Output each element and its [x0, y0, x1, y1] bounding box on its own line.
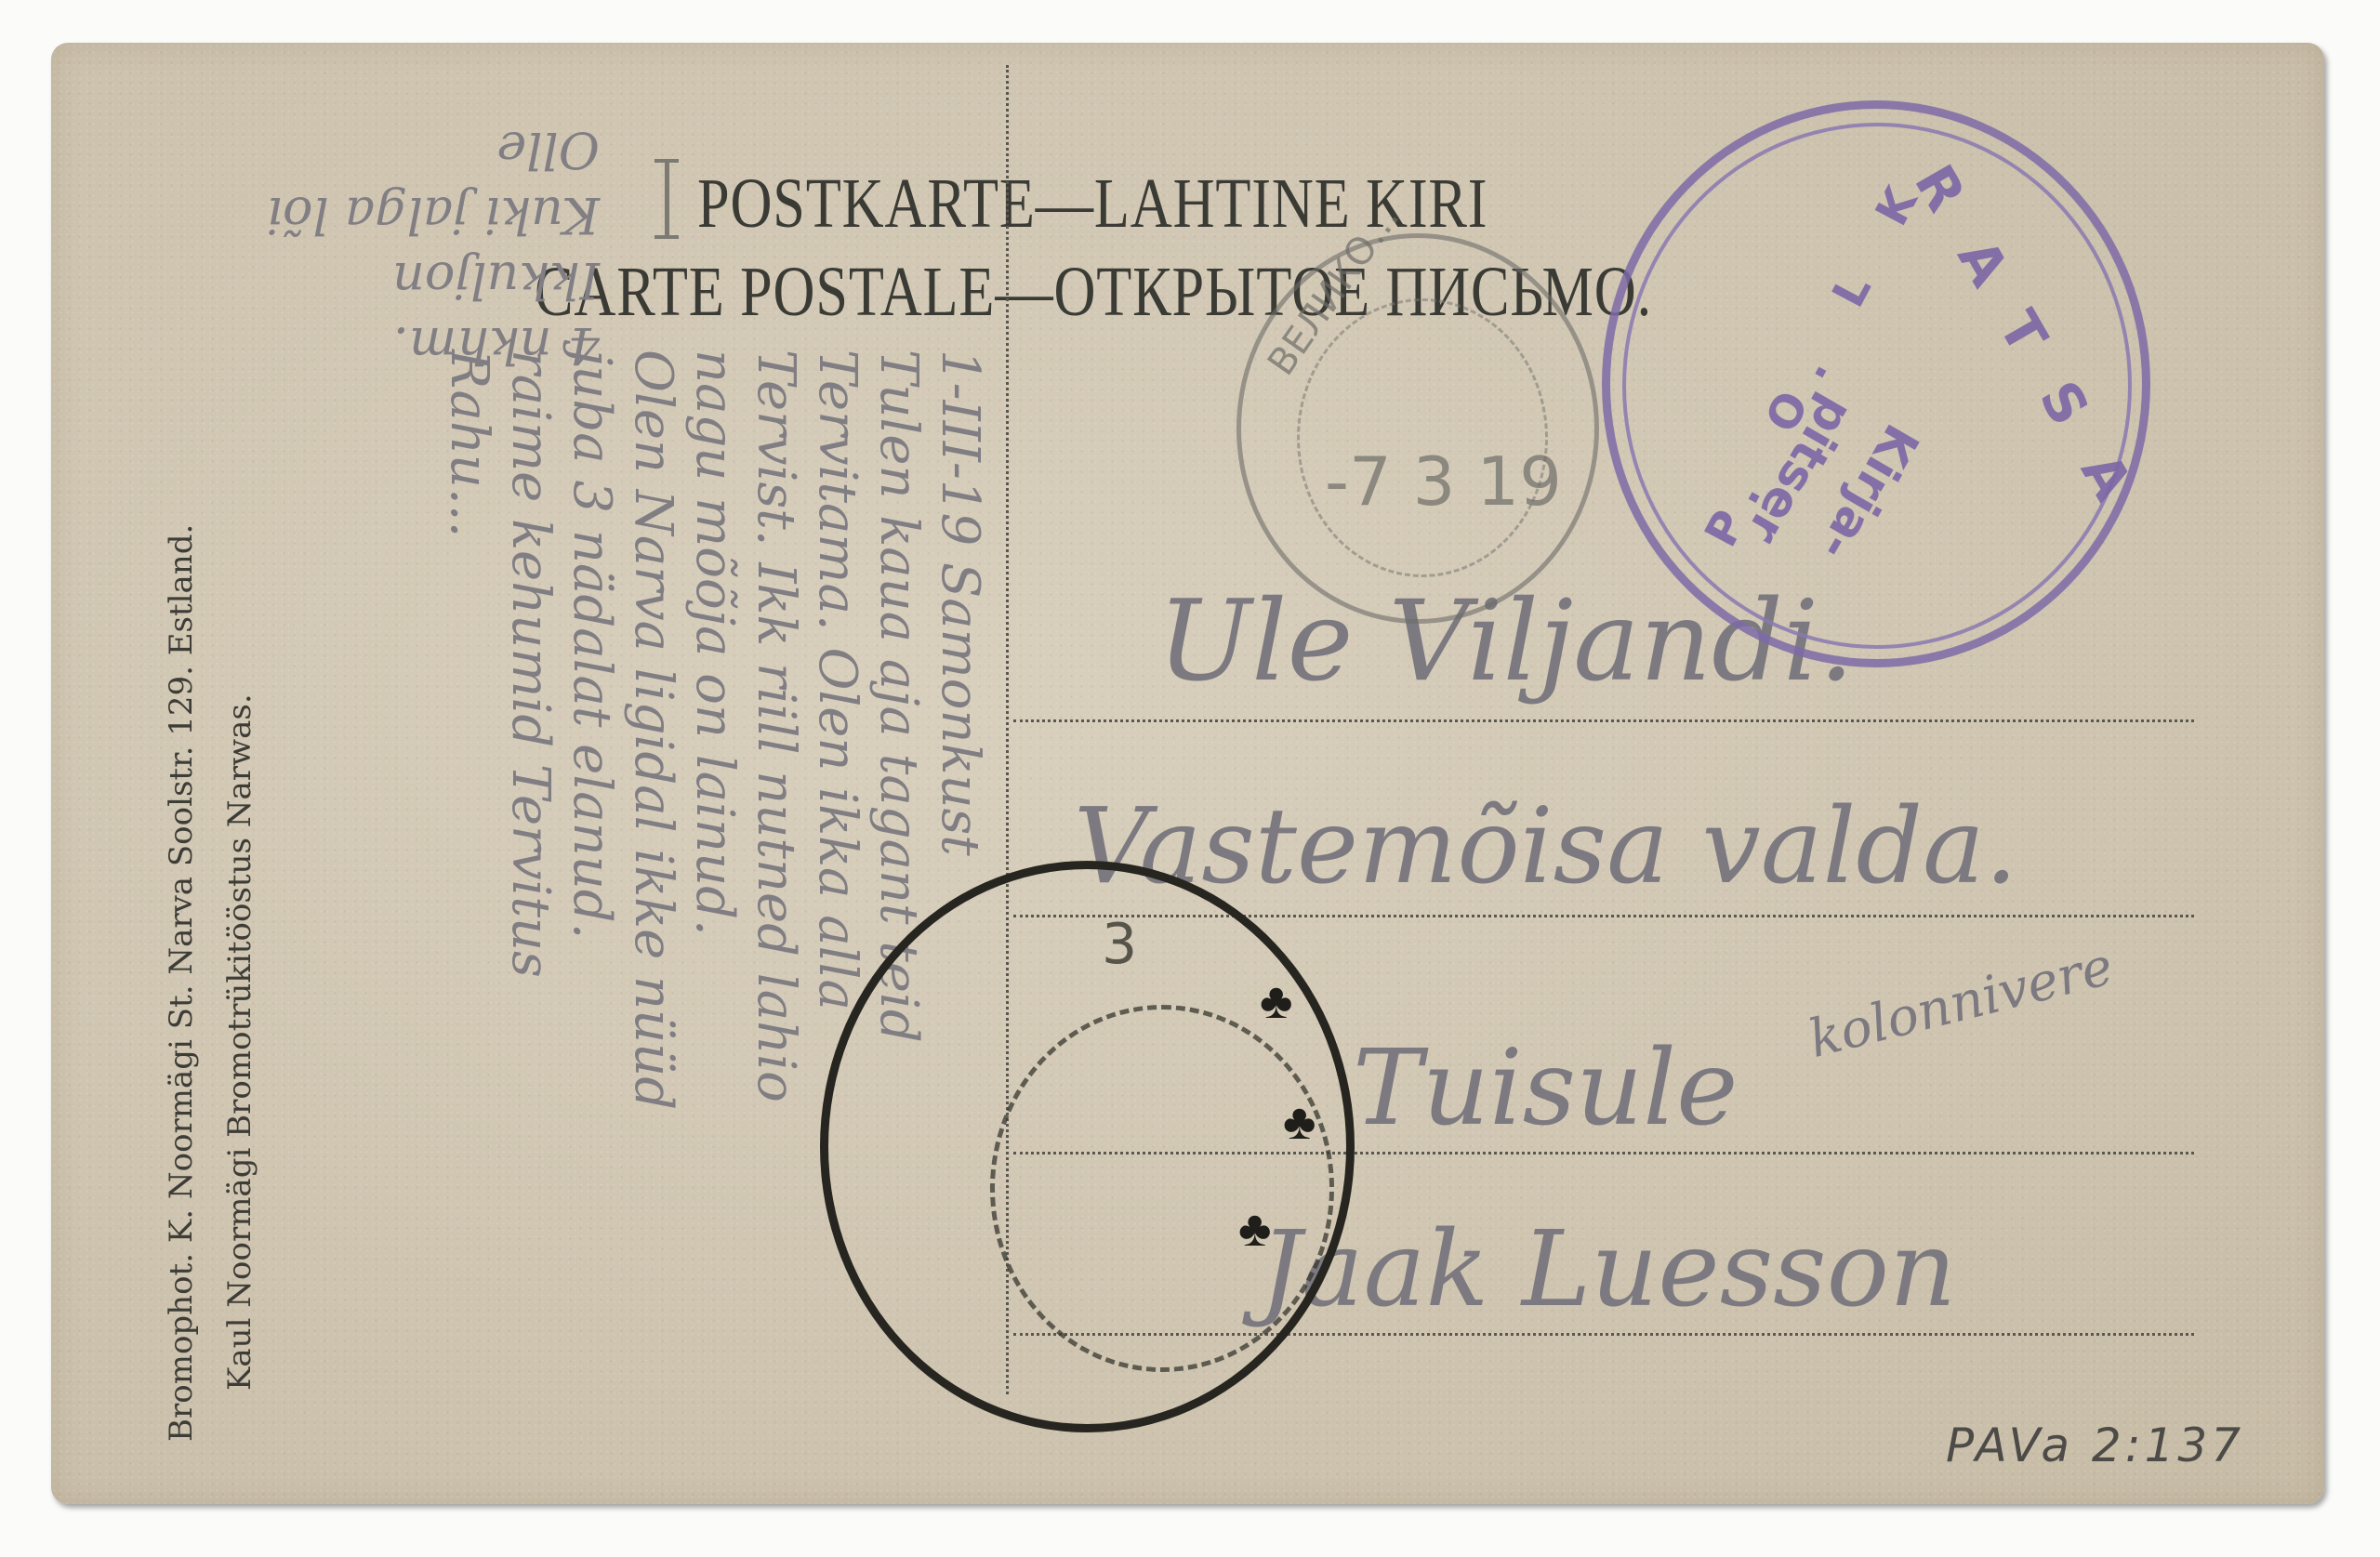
message-line: nagu mõõja on lainud. [683, 350, 745, 1110]
black-postmark-inner-ring [990, 1005, 1334, 1372]
publisher-line-2: Kaul Noormägi Bromotrükitööstus Narwas. [221, 693, 258, 1391]
message-line: juba 3 nädalat elanud. [561, 350, 622, 1110]
address-line-3: Tuisule [1353, 1028, 1738, 1149]
message-line: Rahu... [438, 350, 499, 1110]
black-postmark-date: 3 [1102, 912, 1137, 977]
grey-postmark-inner-ring [1297, 298, 1548, 577]
address-line-2: Vastemõisa valda. [1074, 786, 2017, 907]
note-line: Kuki jalga lõi [267, 182, 600, 247]
address-line-4: Jaak Luesson [1260, 1209, 1956, 1330]
address-rule-1 [1013, 719, 2194, 722]
message-line: raime kehumid Tervitus [499, 350, 561, 1110]
clover-ornament-icon: ♣ [1260, 972, 1292, 1030]
message-line: Tervist. Ikk riill nutned lahio [745, 350, 806, 1110]
message-line: Olen Narva ligidal ikke nüüd [622, 350, 683, 1110]
note-line: 4 nkhm. [267, 312, 600, 377]
address-annotation: kolonnivere [1803, 936, 2119, 1070]
catalog-number: PAVa 2:137 [1946, 1418, 2244, 1472]
clover-ornament-icon: ♣ [1238, 1200, 1271, 1258]
publisher-line-1: Bromophot. K. Noormägi St. Narva Soolstr… [163, 524, 200, 1442]
postcard: POSTKARTE—LAHTINE KIRI CARTE POSTALE—ОТК… [51, 43, 2324, 1504]
clover-ornament-icon: ♣ [1283, 1093, 1316, 1151]
message-line: Tervitama. Olen ikka alla [806, 350, 867, 1110]
upside-down-note: 4 nkhm. Ikkuljon Kuki jalga lõi Olle [267, 117, 600, 377]
note-line: Olle [267, 117, 600, 182]
grey-postmark-date: -7 3 19 [1325, 442, 1562, 521]
stamp-position-marker [653, 159, 681, 243]
note-line: Ikkuljon [267, 247, 600, 312]
